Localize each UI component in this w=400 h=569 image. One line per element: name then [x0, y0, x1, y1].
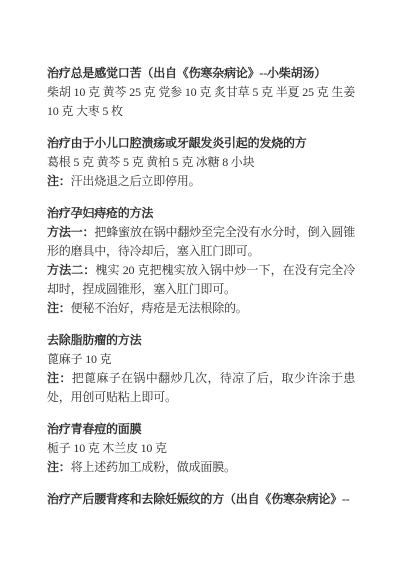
recipe-section: 治疗产后腰背疼和去除妊娠纹的方（出自《伤寒杂病论》--: [47, 490, 355, 509]
recipe-paragraph: 葛根 5 克 黄芩 5 克 黄柏 5 克 冰糖 8 小块: [47, 153, 355, 172]
recipe-heading: 治疗孕妇痔疮的方法: [47, 204, 355, 223]
recipe-section: 去除脂肪瘤的方法 蓖麻子 10 克 注：把蓖麻子在锅中翻炒几次，待凉了后，取少许…: [47, 331, 355, 407]
paragraph-prefix: 注：: [47, 174, 71, 188]
paragraph-prefix: 注：: [47, 301, 71, 315]
recipe-section: 治疗总是感觉口苦（出自《伤寒杂病论》--小柴胡汤） 柴胡 10 克 黄芩 25 …: [47, 64, 355, 121]
paragraph-text: 栀子 10 克 木兰皮 10 克: [47, 441, 167, 455]
recipe-section: 治疗孕妇痔疮的方法 方法一：把蜂蜜放在锅中翻炒至完全没有水分时，倒入圆锥形的磨具…: [47, 204, 355, 318]
recipe-heading: 治疗总是感觉口苦（出自《伤寒杂病论》--小柴胡汤）: [47, 64, 355, 83]
recipe-paragraph: 注：便秘不治好，痔疮是无法根除的。: [47, 299, 355, 318]
paragraph-text: 便秘不治好，痔疮是无法根除的。: [71, 301, 248, 315]
recipe-heading: 治疗产后腰背疼和去除妊娠纹的方（出自《伤寒杂病论》--: [47, 490, 355, 509]
recipe-paragraph: 注：汗出烧退之后立即停用。: [47, 172, 355, 191]
recipe-paragraph: 方法二：槐实 20 克把槐实放入锅中炒一下，在没有完全冷却时，捏成圆锥形，塞入肛…: [47, 261, 355, 299]
recipe-heading: 去除脂肪瘤的方法: [47, 331, 355, 350]
paragraph-text: 蓖麻子 10 克: [47, 352, 111, 366]
recipe-heading: 治疗青春痘的面膜: [47, 420, 355, 439]
paragraph-text: 把蜂蜜放在锅中翻炒至完全没有水分时，倒入圆锥形的磨具中，待冷却后，塞入肛门即可。: [47, 225, 355, 258]
recipe-section: 治疗由于小儿口腔溃疡或牙龈发炎引起的发烧的方 葛根 5 克 黄芩 5 克 黄柏 …: [47, 134, 355, 191]
recipe-paragraph: 方法一：把蜂蜜放在锅中翻炒至完全没有水分时，倒入圆锥形的磨具中，待冷却后，塞入肛…: [47, 223, 355, 261]
recipe-paragraph: 柴胡 10 克 黄芩 25 克 党参 10 克 炙甘草 5 克 半夏 25 克 …: [47, 83, 355, 121]
recipe-paragraph: 注：把蓖麻子在锅中翻炒几次，待凉了后，取少许涂于患处，用创可贴粘上即可。: [47, 369, 355, 407]
recipe-paragraph: 栀子 10 克 木兰皮 10 克: [47, 439, 355, 458]
paragraph-prefix: 注：: [47, 460, 71, 474]
paragraph-text: 葛根 5 克 黄芩 5 克 黄柏 5 克 冰糖 8 小块: [47, 155, 254, 169]
paragraph-text: 将上述药加工成粉，做成面膜。: [71, 460, 236, 474]
paragraph-prefix: 注：: [47, 371, 72, 385]
paragraph-prefix: 方法二：: [47, 263, 95, 277]
paragraph-prefix: 方法一：: [47, 225, 94, 239]
recipe-paragraph: 蓖麻子 10 克: [47, 350, 355, 369]
recipe-section: 治疗青春痘的面膜 栀子 10 克 木兰皮 10 克 注：将上述药加工成粉，做成面…: [47, 420, 355, 477]
paragraph-text: 把蓖麻子在锅中翻炒几次，待凉了后，取少许涂于患处，用创可贴粘上即可。: [47, 371, 355, 404]
document-page: 治疗总是感觉口苦（出自《伤寒杂病论》--小柴胡汤） 柴胡 10 克 黄芩 25 …: [0, 0, 400, 569]
recipe-paragraph: 注：将上述药加工成粉，做成面膜。: [47, 458, 355, 477]
paragraph-text: 汗出烧退之后立即停用。: [71, 174, 201, 188]
paragraph-text: 柴胡 10 克 黄芩 25 克 党参 10 克 炙甘草 5 克 半夏 25 克 …: [47, 85, 355, 118]
recipe-heading: 治疗由于小儿口腔溃疡或牙龈发炎引起的发烧的方: [47, 134, 355, 153]
